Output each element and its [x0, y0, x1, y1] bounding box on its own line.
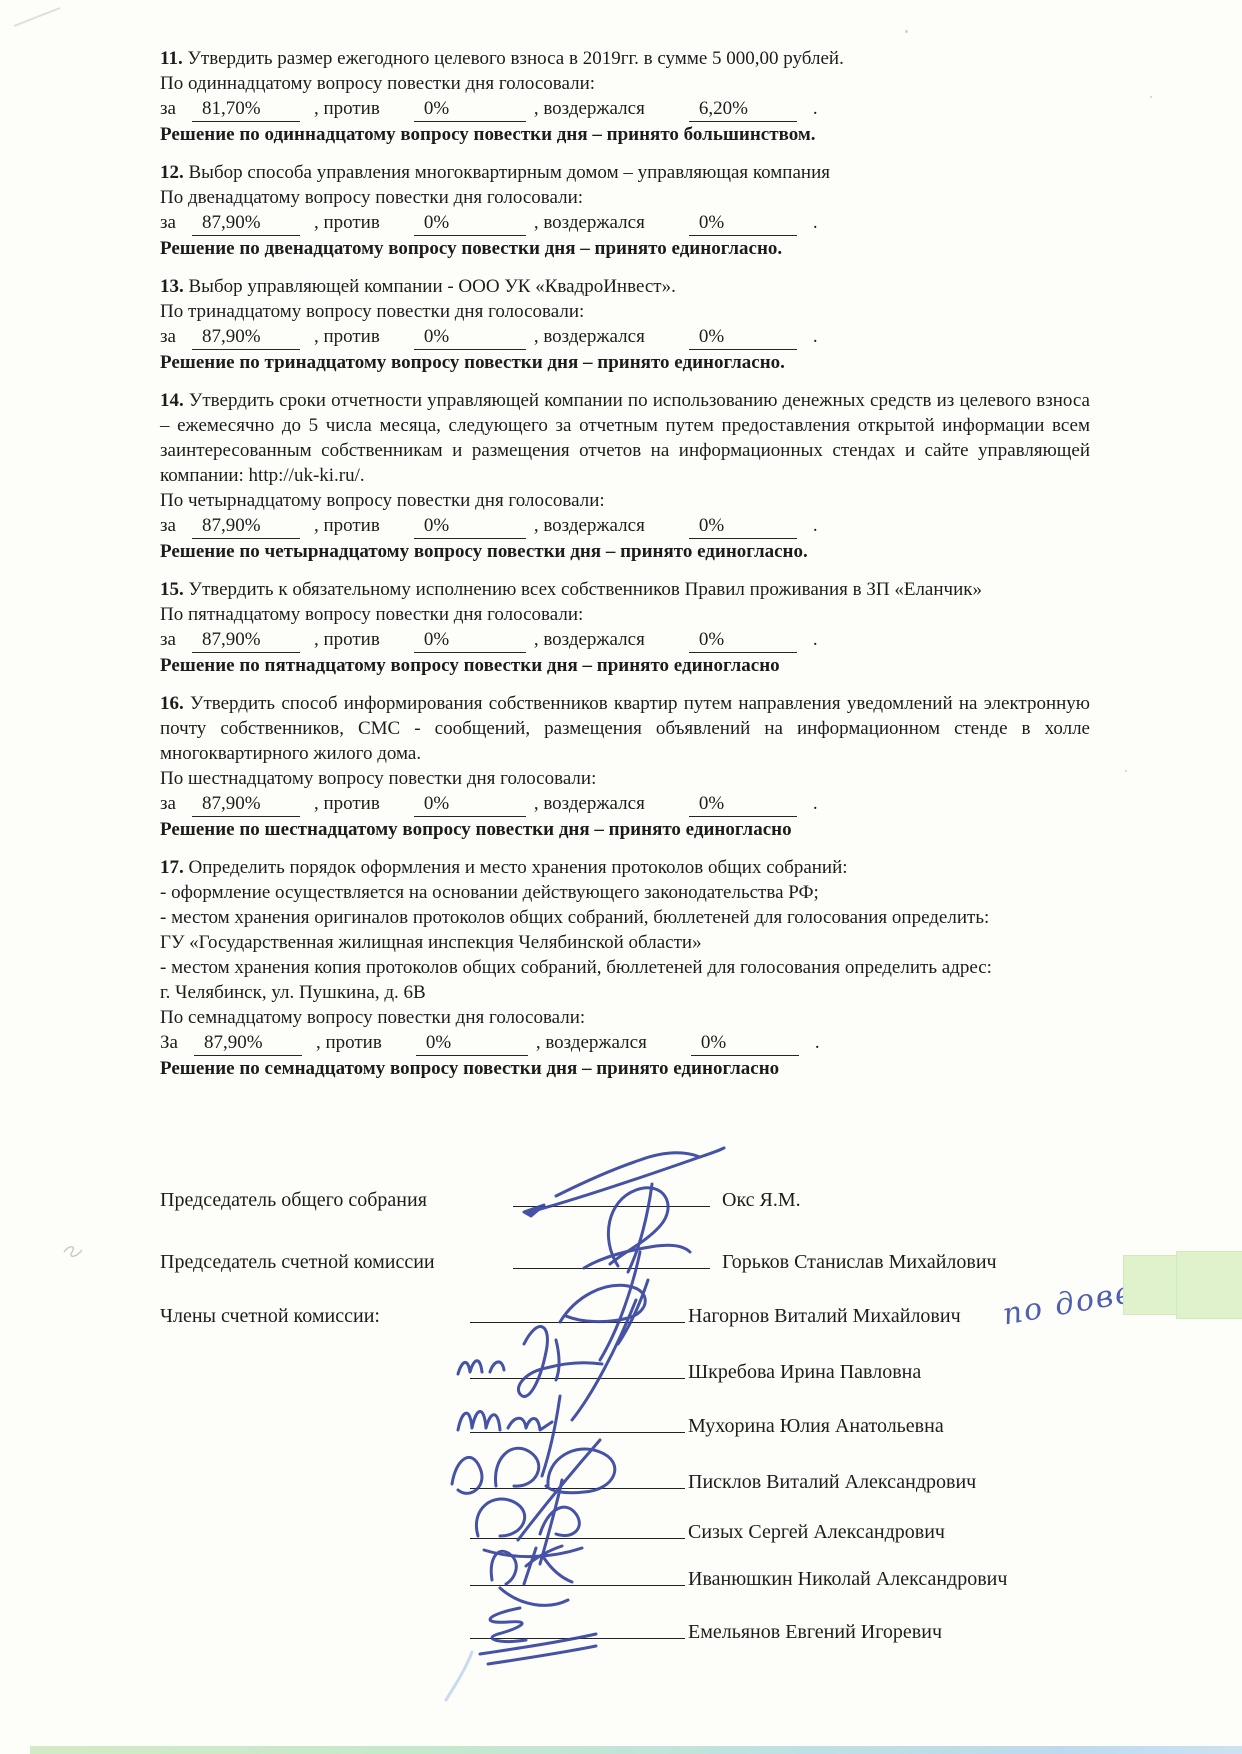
vote-for-label: за	[160, 212, 176, 233]
signature-line	[513, 1268, 710, 1269]
vote-against-blank: 0%	[414, 513, 526, 539]
item-number: 15.	[160, 579, 184, 600]
scan-speck	[843, 424, 845, 427]
agenda-item-16: 16. Утвердить способ информирования собс…	[160, 691, 1090, 842]
vote-abstain-blank: 0%	[689, 210, 797, 236]
vote-abstain-label: , воздержался	[534, 793, 645, 814]
vote-line: За87,90%, против0%, воздержался0%.	[160, 1030, 1090, 1056]
signature-row-member-7: Емельянов Евгений Игоревич	[0, 1616, 1242, 1644]
vote-line: за87,90%, против0%, воздержался0%.	[160, 324, 1090, 350]
signature-row-count-chair: Председатель счетной комиссии Горьков Ст…	[0, 1246, 1242, 1274]
signature-line	[470, 1638, 685, 1639]
item-body: Определить порядок оформления и место хр…	[189, 857, 848, 878]
vote-line: за81,70%, против0%, воздержался6,20%.	[160, 96, 1090, 122]
vote-for-blank: 87,90%	[192, 791, 300, 817]
vote-against-blank: 0%	[414, 210, 526, 236]
item-number: 13.	[160, 276, 184, 297]
signatory-name: Окс Я.М.	[722, 1189, 801, 1212]
agenda-item-12: 12. Выбор способа управления многокварти…	[160, 160, 1090, 261]
vote-against-blank: 0%	[414, 324, 526, 350]
vote-line-period: .	[813, 793, 818, 814]
vote-for-label: за	[160, 326, 176, 347]
stray-ink-mark	[446, 1652, 472, 1700]
signatory-name: Мухорина Юлия Анатольевна	[688, 1415, 944, 1438]
vote-abstain-label: , воздержался	[534, 98, 645, 119]
vote-for-blank: 81,70%	[192, 96, 300, 122]
signature-row-member-3: Мухорина Юлия Анатольевна	[0, 1410, 1242, 1438]
signatory-name: Иванюшкин Николай Александрович	[688, 1568, 1007, 1591]
vote-against-label: , против	[314, 212, 380, 233]
item-body: Утвердить к обязательному исполнению все…	[189, 579, 982, 600]
signatory-name: Шкребова Ирина Павловна	[688, 1361, 921, 1384]
vote-against-label: , против	[314, 515, 380, 536]
item-number: 14.	[160, 390, 184, 411]
item-subline: - местом хранения копия протоколов общих…	[160, 955, 1090, 980]
vote-for-label: за	[160, 515, 176, 536]
decision-line: Решение по четырнадцатому вопросу повест…	[160, 539, 1090, 564]
signature-row-member-6: Иванюшкин Николай Александрович	[0, 1563, 1242, 1591]
signatory-name: Писклов Виталий Александрович	[688, 1471, 976, 1494]
vote-line: за87,90%, против0%, воздержался0%.	[160, 513, 1090, 539]
vote-abstain-label: , воздержался	[534, 212, 645, 233]
vote-for-blank: 87,90%	[192, 210, 300, 236]
protocol-body: 11. Утвердить размер ежегодного целевого…	[160, 46, 1090, 1094]
item-subline: ГУ «Государственная жилищная инспекция Ч…	[160, 930, 1090, 955]
vote-abstain-label: , воздержался	[534, 326, 645, 347]
vote-for-label: за	[160, 98, 176, 119]
poll-line: По тринадцатому вопросу повестки дня гол…	[160, 299, 1090, 324]
vote-against-blank: 0%	[414, 96, 526, 122]
item-text: 17. Определить порядок оформления и мест…	[160, 855, 1090, 880]
signature-row-member-4: Писклов Виталий Александрович	[0, 1466, 1242, 1494]
item-body: Утвердить размер ежегодного целевого взн…	[187, 48, 843, 69]
vote-abstain-label: , воздержался	[536, 1032, 647, 1053]
sticky-note	[1123, 1255, 1179, 1315]
item-body: Утвердить способ информирования собствен…	[160, 693, 1090, 764]
decision-line: Решение по тринадцатому вопросу повестки…	[160, 350, 1090, 375]
vote-abstain-label: , воздержался	[534, 515, 645, 536]
signature-line	[470, 1538, 685, 1539]
scanned-protocol-page: 11. Утвердить размер ежегодного целевого…	[0, 0, 1242, 1754]
agenda-item-17: 17. Определить порядок оформления и мест…	[160, 855, 1090, 1081]
poll-line: По шестнадцатому вопросу повестки дня го…	[160, 766, 1090, 791]
poll-line: По двенадцатому вопросу повестки дня гол…	[160, 185, 1090, 210]
decision-line: Решение по двенадцатому вопросу повестки…	[160, 236, 1090, 261]
vote-line-period: .	[813, 629, 818, 650]
item-body: Выбор способа управления многоквартирным…	[189, 162, 830, 183]
signature-row-member-2: Шкребова Ирина Павловна	[0, 1356, 1242, 1384]
signature-line	[470, 1488, 685, 1489]
agenda-item-14: 14. Утвердить сроки отчетности управляющ…	[160, 388, 1090, 564]
vote-line-period: .	[813, 326, 818, 347]
vote-against-blank: 0%	[414, 791, 526, 817]
signature-line	[470, 1585, 685, 1586]
poll-line: По семнадцатому вопросу повестки дня гол…	[160, 1005, 1090, 1030]
agenda-item-11: 11. Утвердить размер ежегодного целевого…	[160, 46, 1090, 147]
vote-line: за87,90%, против0%, воздержался0%.	[160, 210, 1090, 236]
agenda-item-15: 15. Утвердить к обязательному исполнению…	[160, 577, 1090, 678]
signature-role-label: Председатель общего собрания	[160, 1189, 427, 1212]
signature-role-label: Члены счетной комиссии:	[160, 1305, 380, 1328]
vote-for-blank: 87,90%	[192, 513, 300, 539]
item-number: 17.	[160, 857, 184, 878]
vote-abstain-blank: 0%	[689, 513, 797, 539]
item-text: 14. Утвердить сроки отчетности управляющ…	[160, 388, 1090, 488]
item-text: 15. Утвердить к обязательному исполнению…	[160, 577, 1090, 602]
signature-line	[470, 1432, 685, 1433]
vote-against-label: , против	[314, 793, 380, 814]
signature-line	[470, 1322, 685, 1323]
vote-against-label: , против	[314, 98, 380, 119]
item-text: 11. Утвердить размер ежегодного целевого…	[160, 46, 1090, 71]
signatory-name: Сизых Сергей Александрович	[688, 1521, 945, 1544]
vote-line-period: .	[813, 515, 818, 536]
vote-line-period: .	[815, 1032, 820, 1053]
vote-for-blank: 87,90%	[192, 627, 300, 653]
vote-abstain-blank: 6,20%	[689, 96, 797, 122]
item-number: 11.	[160, 48, 183, 69]
vote-for-label: за	[160, 793, 176, 814]
vote-against-label: , против	[314, 326, 380, 347]
vote-for-blank: 87,90%	[192, 324, 300, 350]
sticky-note	[1176, 1251, 1242, 1319]
decision-line: Решение по одиннадцатому вопросу повестк…	[160, 122, 1090, 147]
vote-abstain-blank: 0%	[689, 324, 797, 350]
signatory-name: Горьков Станислав Михайлович	[722, 1251, 997, 1274]
poll-line: По пятнадцатому вопросу повестки дня гол…	[160, 602, 1090, 627]
vote-line: за87,90%, против0%, воздержался0%.	[160, 627, 1090, 653]
decision-line: Решение по семнадцатому вопросу повестки…	[160, 1056, 1090, 1081]
decision-line: Решение по пятнадцатому вопросу повестки…	[160, 653, 1090, 678]
vote-line-period: .	[813, 212, 818, 233]
vote-line: за87,90%, против0%, воздержался0%.	[160, 791, 1090, 817]
item-text: 12. Выбор способа управления многокварти…	[160, 160, 1090, 185]
item-body: Утвердить сроки отчетности управляющей к…	[160, 390, 1090, 486]
item-body: Выбор управляющей компании - ООО УК «Ква…	[189, 276, 676, 297]
signatory-name: Емельянов Евгений Игоревич	[688, 1621, 942, 1644]
vote-for-label: за	[160, 629, 176, 650]
vote-against-label: , против	[316, 1032, 382, 1053]
signature-line	[513, 1206, 710, 1207]
vote-abstain-blank: 0%	[691, 1030, 799, 1056]
signature-role-label: Председатель счетной комиссии	[160, 1251, 435, 1274]
vote-abstain-blank: 0%	[689, 791, 797, 817]
decision-line: Решение по шестнадцатому вопросу повестк…	[160, 817, 1090, 842]
vote-abstain-blank: 0%	[689, 627, 797, 653]
vote-against-blank: 0%	[414, 627, 526, 653]
item-text: 13. Выбор управляющей компании - ООО УК …	[160, 274, 1090, 299]
vote-against-label: , против	[314, 629, 380, 650]
item-subline: г. Челябинск, ул. Пушкина, д. 6В	[160, 980, 1090, 1005]
item-number: 16.	[160, 693, 184, 714]
item-subline: - местом хранения оригиналов протоколов …	[160, 905, 1090, 930]
signature-row-chairman: Председатель общего собрания Окс Я.М.	[0, 1184, 1242, 1212]
scan-edge-strip	[30, 1746, 1242, 1754]
scan-speck	[1150, 96, 1152, 98]
agenda-item-13: 13. Выбор управляющей компании - ООО УК …	[160, 274, 1090, 375]
scan-speck	[1125, 770, 1127, 772]
vote-for-label: За	[160, 1032, 178, 1053]
signature-row-member-5: Сизых Сергей Александрович	[0, 1516, 1242, 1544]
poll-line: По одиннадцатому вопросу повестки дня го…	[160, 71, 1090, 96]
vote-line-period: .	[813, 98, 818, 119]
signature-ink-sizykh	[484, 1548, 582, 1557]
vote-against-blank: 0%	[416, 1030, 528, 1056]
signatory-name: Нагорнов Виталий Михайлович	[688, 1305, 961, 1328]
signature-ink-emelyanov	[488, 1646, 596, 1664]
scan-crease	[14, 8, 60, 26]
poll-line: По четырнадцатому вопросу повестки дня г…	[160, 488, 1090, 513]
item-text: 16. Утвердить способ информирования собс…	[160, 691, 1090, 766]
signature-line	[470, 1378, 685, 1379]
vote-abstain-label: , воздержался	[534, 629, 645, 650]
item-subline: - оформление осуществляется на основании…	[160, 880, 1090, 905]
vote-for-blank: 87,90%	[194, 1030, 302, 1056]
scan-speck	[905, 30, 908, 33]
item-number: 12.	[160, 162, 184, 183]
